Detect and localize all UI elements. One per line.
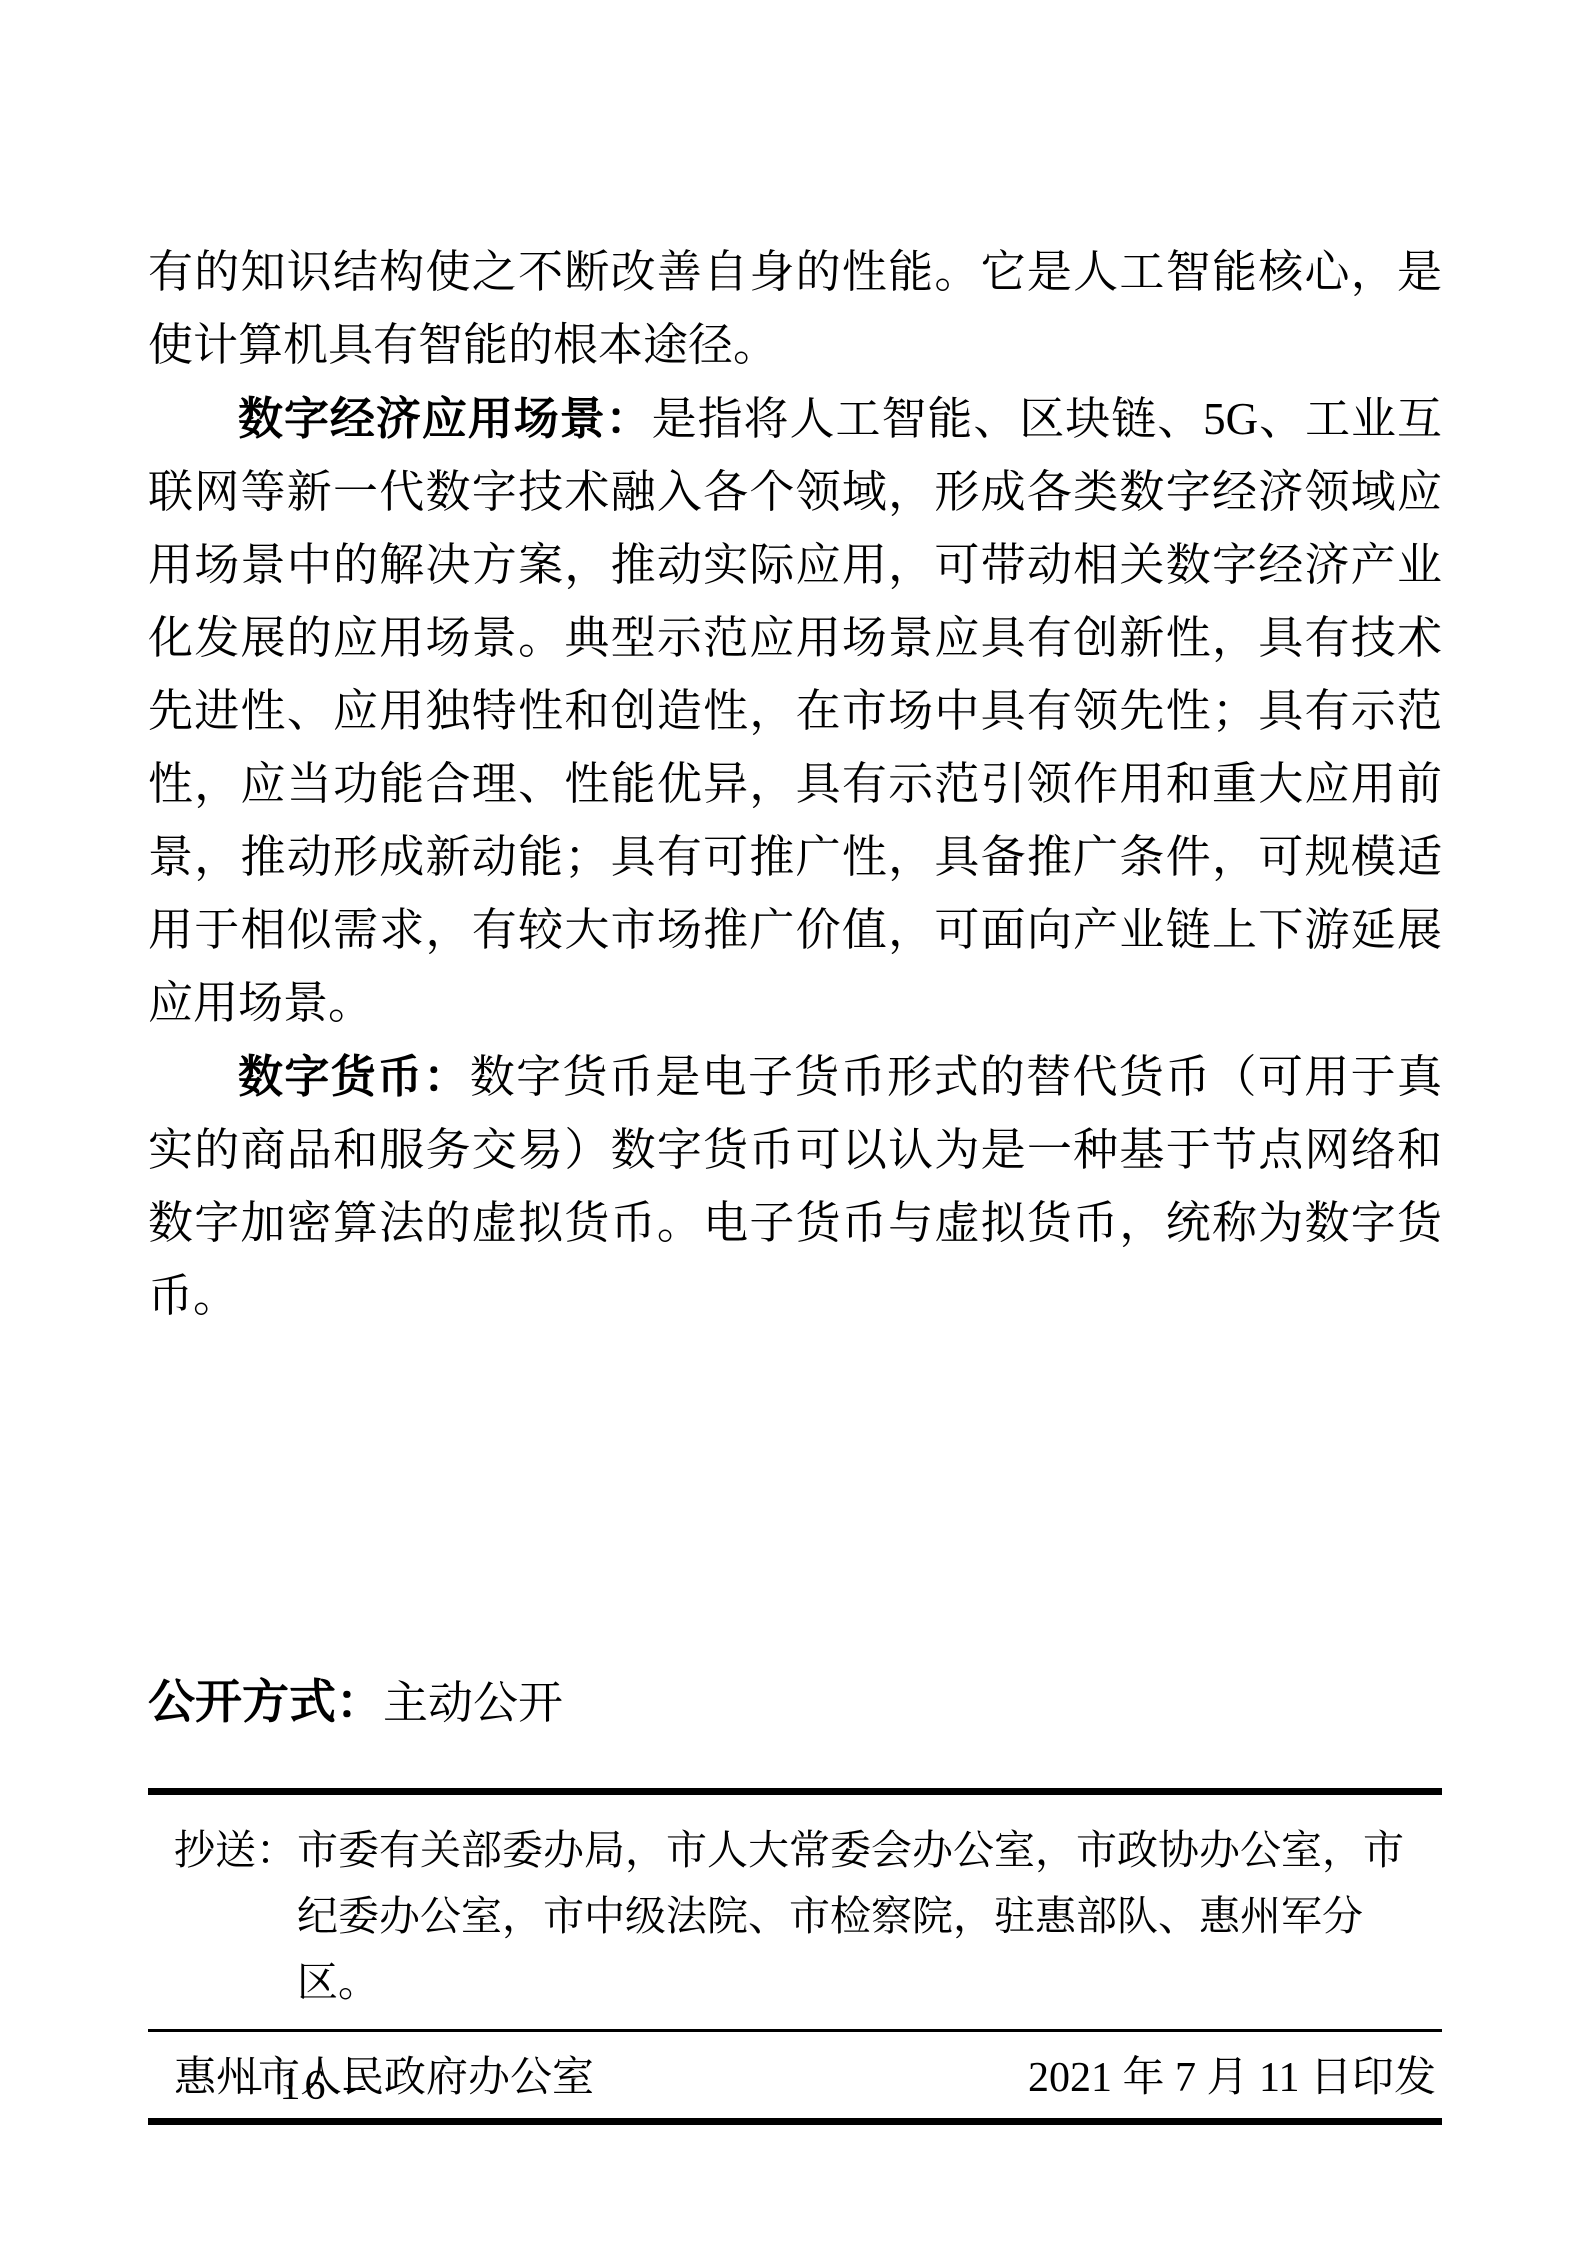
issuing-office: 惠州市人民政府办公室 xyxy=(174,2044,594,2104)
disclosure-method-row: 公开方式：主动公开 xyxy=(148,1672,563,1733)
copy-to-line: 市委有关部委办局，市人大常委会办公室，市政协办公室，市 xyxy=(297,1817,1442,1883)
document-body: 有的知识结构使之不断改善自身的性能。它是人工智能核心，是使计算机具有智能的根本途… xyxy=(148,236,1442,1333)
paragraph-continuation: 有的知识结构使之不断改善自身的性能。它是人工智能核心，是使计算机具有智能的根本途… xyxy=(148,236,1442,382)
print-date: 2021 年 7 月 11 日印发 xyxy=(1028,2044,1436,2104)
copy-to-block: 抄送： 市委有关部委办局，市人大常委会办公室，市政协办公室，市 纪委办公室，市中… xyxy=(148,1795,1442,2029)
footer-top-rule xyxy=(148,1788,1442,1795)
disclosure-method-label: 公开方式： xyxy=(148,1675,383,1728)
document-page: 有的知识结构使之不断改善自身的性能。它是人工智能核心，是使计算机具有智能的根本途… xyxy=(0,0,1587,2245)
copy-to-line: 纪委办公室，市中级法院、市检察院，驻惠部队、惠州军分区。 xyxy=(297,1883,1442,2015)
paragraph-digital-economy-scenarios: 数字经济应用场景：是指将人工智能、区块链、5G、工业互联网等新一代数字技术融入各… xyxy=(148,382,1442,1040)
paragraph-text: 有的知识结构使之不断改善自身的性能。它是人工智能核心，是使计算机具有智能的根本途… xyxy=(148,247,1442,370)
page-number: – 16 – xyxy=(240,2062,369,2110)
paragraph-term-label: 数字经济应用场景： xyxy=(238,393,652,444)
disclosure-method-value: 主动公开 xyxy=(383,1678,563,1728)
footer-bottom-rule xyxy=(148,2118,1442,2125)
paragraph-digital-currency: 数字货币：数字货币是电子货币形式的替代货币（可用于真实的商品和服务交易）数字货币… xyxy=(148,1040,1442,1333)
copy-to-lines: 市委有关部委办局，市人大常委会办公室，市政协办公室，市 纪委办公室，市中级法院、… xyxy=(297,1817,1442,2015)
copy-to-label: 抄送： xyxy=(174,1817,297,1883)
paragraph-text: 是指将人工智能、区块链、5G、工业互联网等新一代数字技术融入各个领域，形成各类数… xyxy=(148,394,1442,1028)
paragraph-term-label: 数字货币： xyxy=(238,1051,470,1102)
